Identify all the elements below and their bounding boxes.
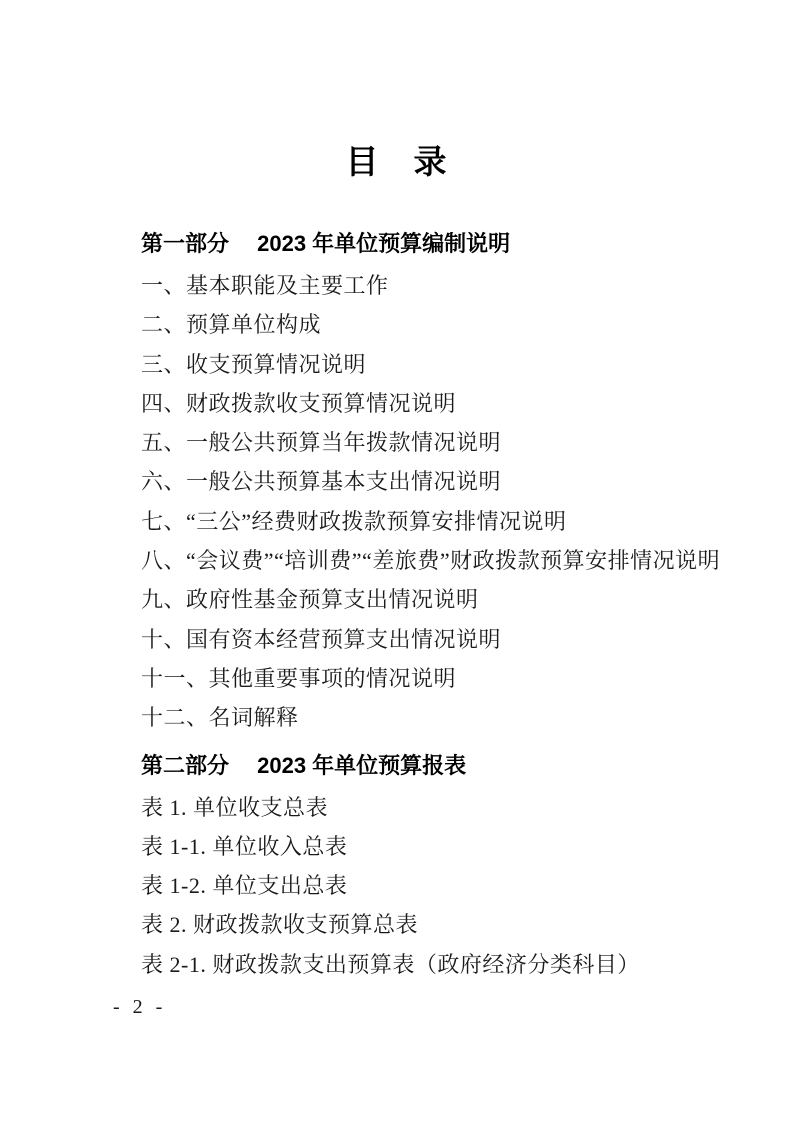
toc-item-6: 六、一般公共预算基本支出情况说明 (141, 462, 741, 501)
toc-item-2: 二、预算单位构成 (141, 305, 741, 344)
toc-item-3: 三、收支预算情况说明 (141, 345, 741, 384)
section-2-heading: 第二部分 2023 年单位预算报表 (141, 744, 741, 788)
page-title: 目 录 (0, 142, 793, 182)
toc-item-10: 十、国有资本经营预算支出情况说明 (141, 620, 741, 659)
page-number: - 2 - (113, 996, 164, 1019)
toc-item-8: 八、“会议费”“培训费”“差旅费”财政拨款预算安排情况说明 (141, 541, 741, 580)
toc-table-item-2: 表 1-1. 单位收入总表 (141, 827, 741, 866)
toc-item-7: 七、“三公”经费财政拨款预算安排情况说明 (141, 502, 741, 541)
table-of-contents: 第一部分 2023 年单位预算编制说明 一、基本职能及主要工作 二、预算单位构成… (141, 222, 741, 984)
toc-item-11: 十一、其他重要事项的情况说明 (141, 659, 741, 698)
toc-table-item-1: 表 1. 单位收支总表 (141, 788, 741, 827)
toc-item-1: 一、基本职能及主要工作 (141, 266, 741, 305)
toc-table-item-3: 表 1-2. 单位支出总表 (141, 866, 741, 905)
section-1-heading: 第一部分 2023 年单位预算编制说明 (141, 222, 741, 266)
toc-item-5: 五、一般公共预算当年拨款情况说明 (141, 423, 741, 462)
toc-table-item-4: 表 2. 财政拨款收支预算总表 (141, 905, 741, 944)
toc-item-4: 四、财政拨款收支预算情况说明 (141, 384, 741, 423)
document-page: 目 录 第一部分 2023 年单位预算编制说明 一、基本职能及主要工作 二、预算… (0, 0, 793, 1122)
toc-item-9: 九、政府性基金预算支出情况说明 (141, 580, 741, 619)
toc-table-item-5: 表 2-1. 财政拨款支出预算表（政府经济分类科目） (141, 945, 741, 984)
toc-item-12: 十二、名词解释 (141, 698, 741, 737)
